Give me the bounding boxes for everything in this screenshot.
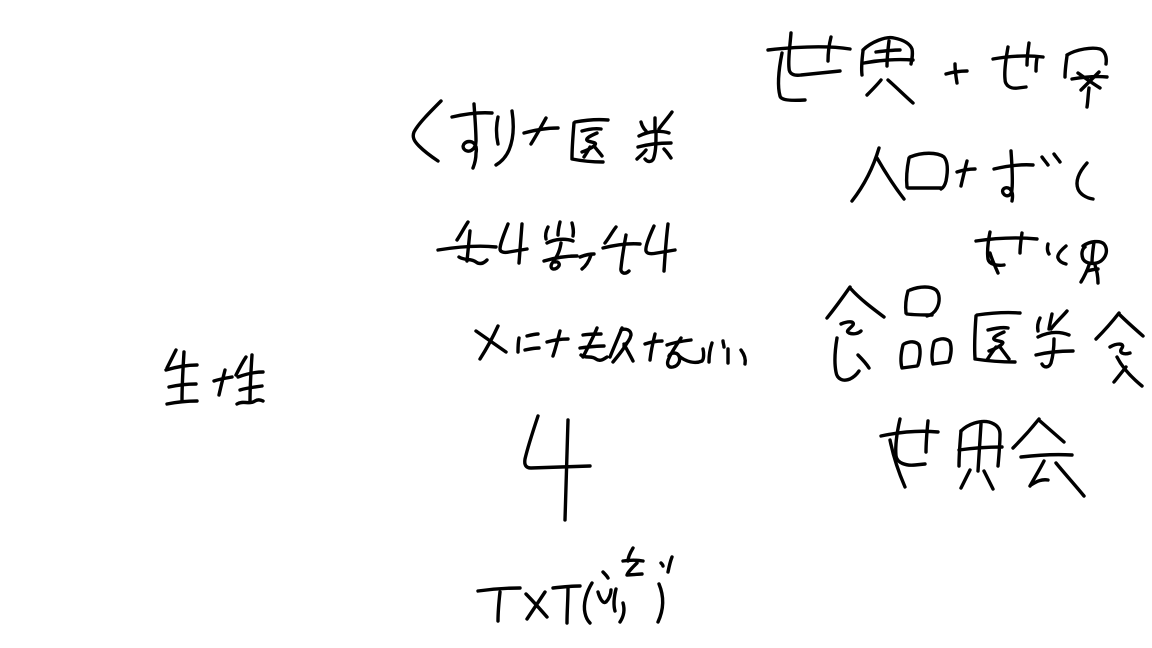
handwriting-sekaikai: 世界会 — [881, 419, 1084, 496]
handwriting-txt-formula: TXT(r2i)^2.1 — [478, 548, 672, 623]
handwriting-kagaku-ka: 科学＋科 — [438, 222, 675, 273]
handwriting-big-four: 4 — [525, 416, 590, 520]
handwriting-shokuhin-igakukai: 食品医学会 — [827, 287, 1143, 386]
handwriting-kusuri-igaku: くすり→医学 — [413, 101, 672, 168]
handwriting-sei-plus-sei: 生＋生 — [166, 350, 263, 404]
handwriting-jinko-subeshi: 人口＋すべし — [852, 148, 1093, 201]
handwriting-sekai-plus-sekai: 世界＋世界 — [768, 33, 1107, 107]
handwriting-se-to-kai: 世と界 — [976, 232, 1106, 283]
drawing-canvas[interactable]: 世界＋世界くすり→医学科学＋科ヤに＋残＋みぶい人口＋すべし世と界食品医学会生＋生… — [0, 0, 1152, 648]
handwriting-yani-zan-mibui: ヤに＋残＋みぶい — [476, 326, 745, 367]
handwriting-ink: 世界＋世界くすり→医学科学＋科ヤに＋残＋みぶい人口＋すべし世と界食品医学会生＋生… — [0, 0, 1152, 648]
